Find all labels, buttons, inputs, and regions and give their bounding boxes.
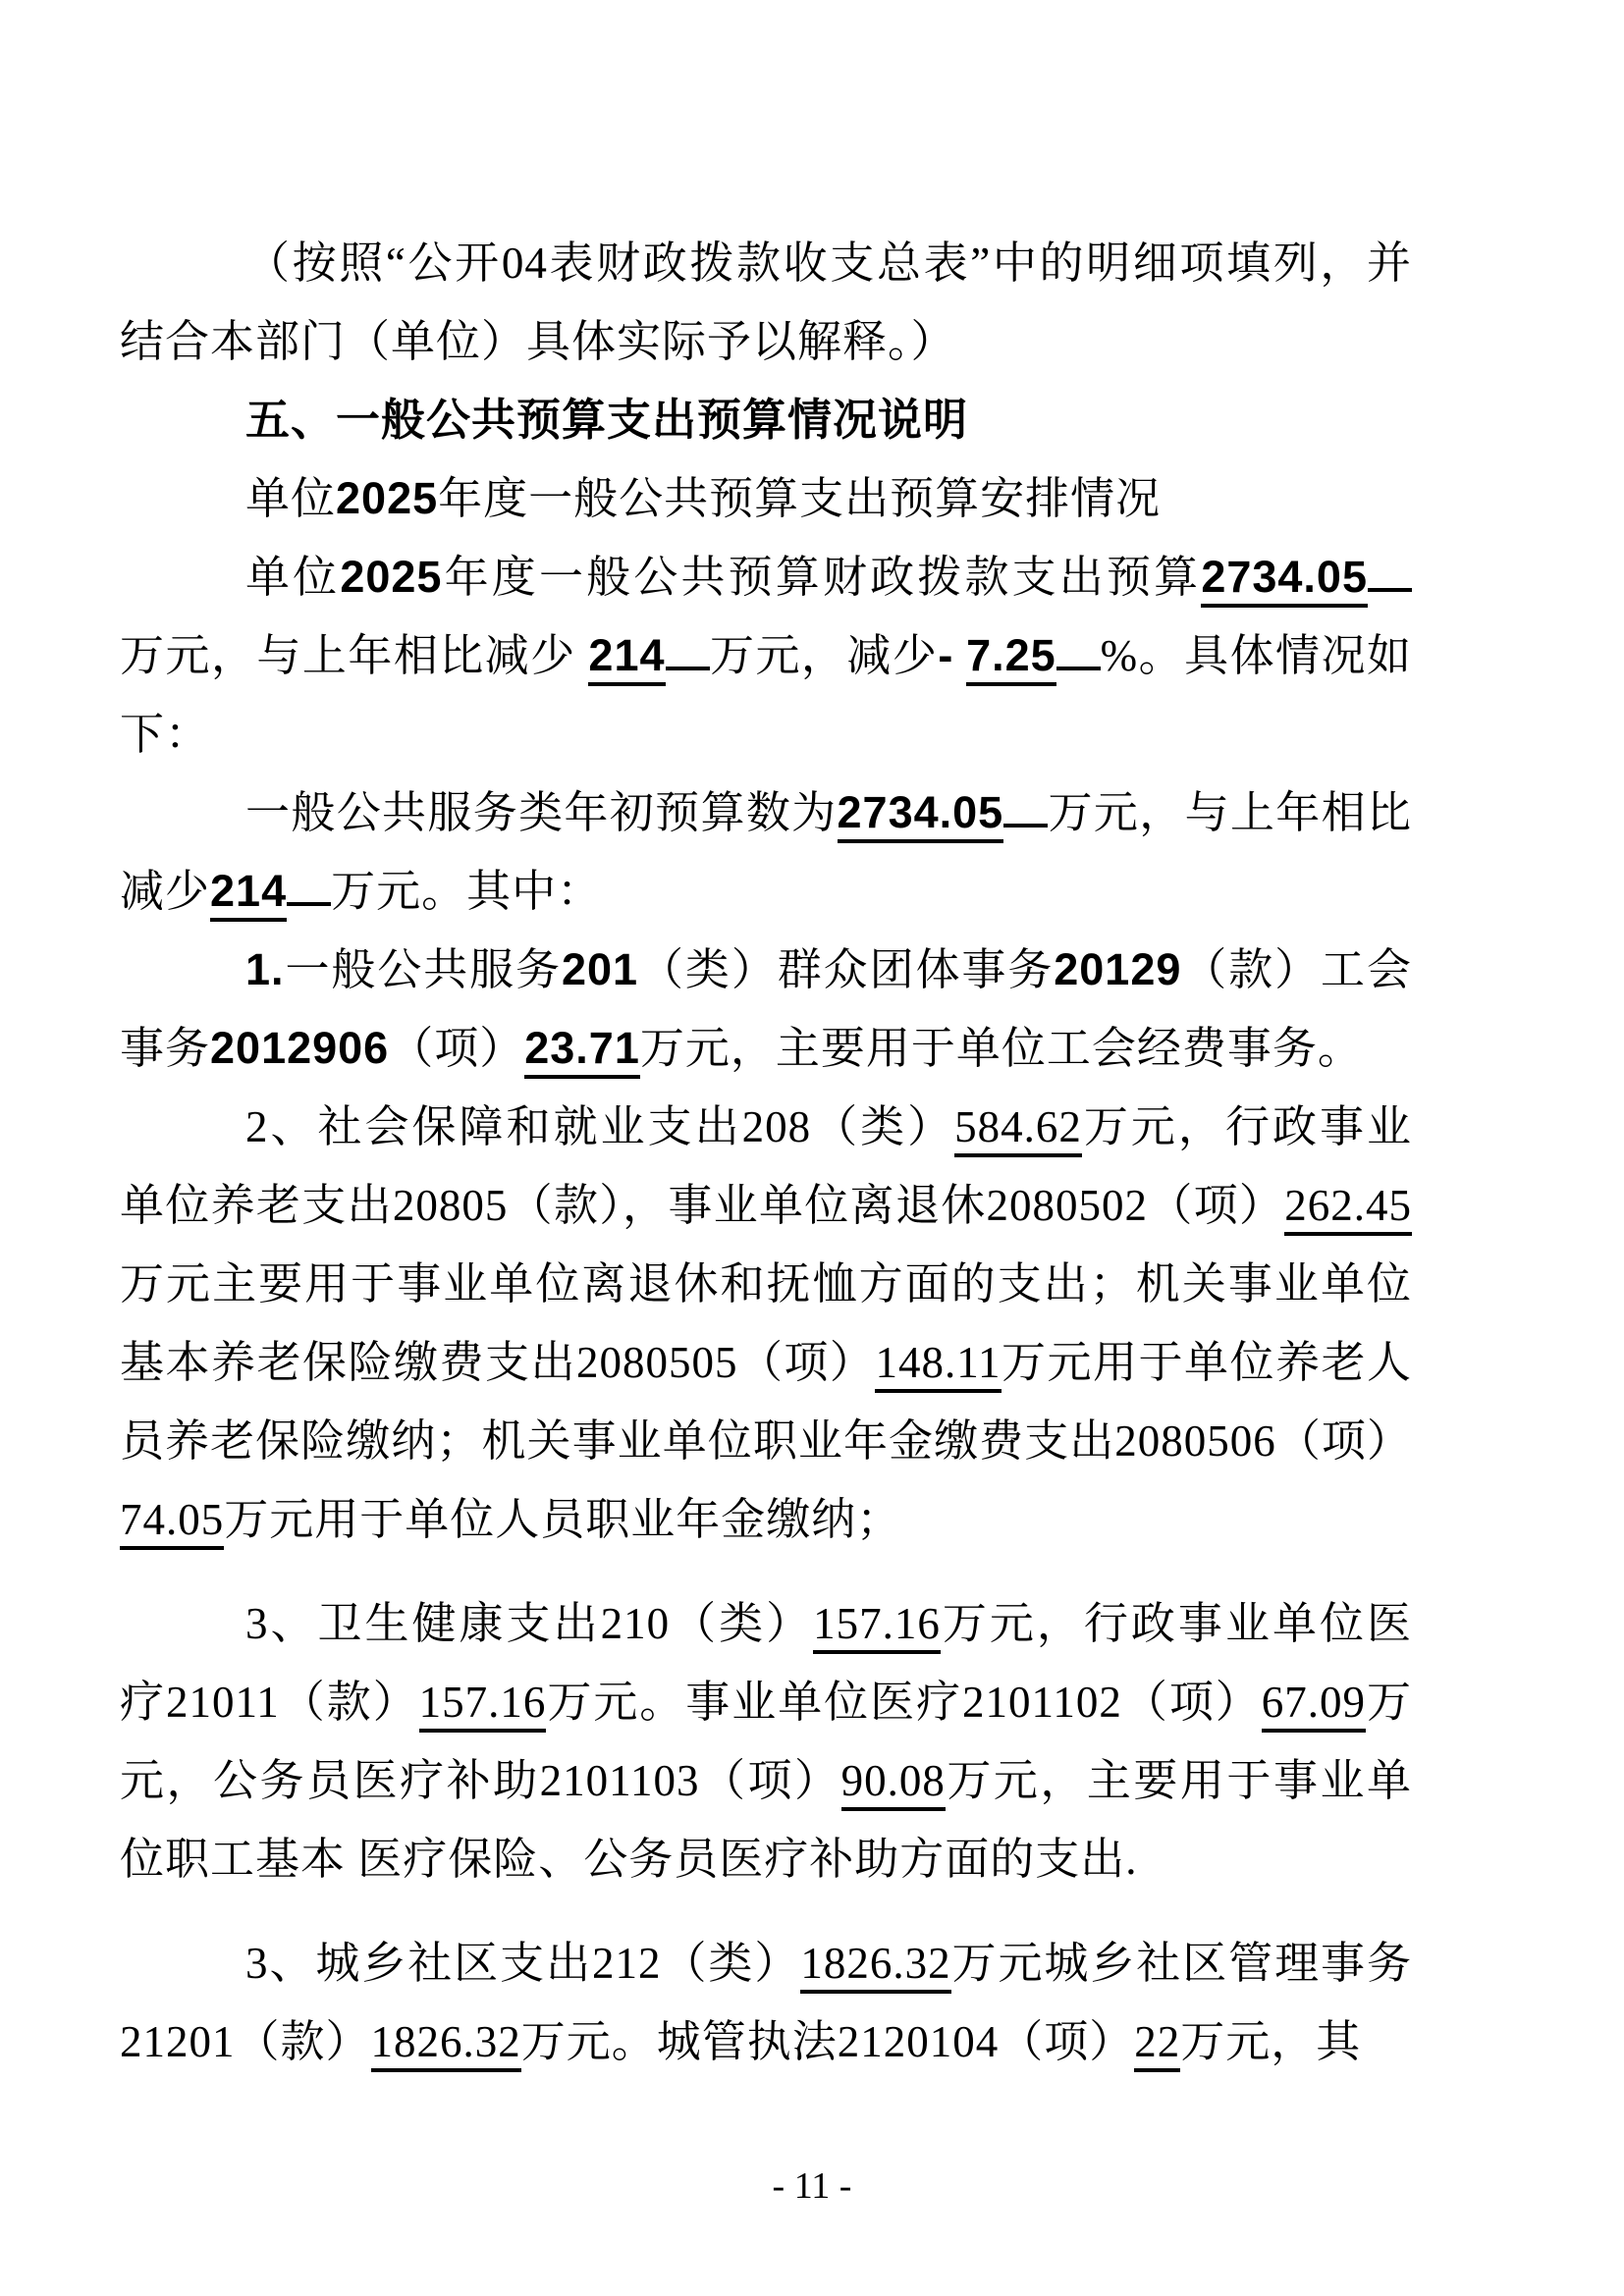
- text-run: -: [938, 630, 953, 680]
- text-run: 67.09: [1262, 1678, 1366, 1733]
- paragraph-item-2-social-security: 2、社会保障和就业支出208（类）584.62万元，行政事业单位养老支出2080…: [120, 1088, 1412, 1559]
- document-page: （按照“公开04表财政拨款收支总表”中的明细项填列，并结合本部门（单位）具体实际…: [0, 0, 1624, 2296]
- text-run: 一般公共服务类年初预算数为: [245, 788, 838, 837]
- text-run: 23.71: [524, 1023, 640, 1079]
- text-run: 2025: [340, 552, 442, 602]
- paragraph-section-heading: 五、一般公共预算支出预算情况说明: [120, 381, 1412, 459]
- page-footer: - 11 -: [0, 2164, 1624, 2208]
- text-run: 201: [562, 944, 638, 994]
- text-run: 584.62: [954, 1102, 1082, 1157]
- text-run: 3、城乡社区支出212（类）: [245, 1939, 800, 1988]
- text-run: 万元，其: [1180, 2017, 1361, 2066]
- text-run: 万元，主要用于单位工会经费事务。: [640, 1024, 1363, 1073]
- paragraph-item-1-union-affairs: 1.一般公共服务201（类）群众团体事务20129（款）工会事务2012906（…: [120, 931, 1412, 1088]
- paragraph-general-public-service: 一般公共服务类年初预算数为2734.05万元，与上年相比减少214万元。其中：: [120, 774, 1412, 931]
- text-run: 1826.32: [800, 1939, 950, 1994]
- text-run: 20129: [1054, 944, 1181, 994]
- text-run: 1.: [245, 944, 285, 994]
- text-run: 7.25: [966, 630, 1056, 686]
- text-run: 万元用于单位人员职业年金缴纳；: [224, 1495, 901, 1544]
- text-run: 万元，减少: [710, 631, 939, 680]
- text-run: （类）群众团体事务: [638, 945, 1054, 994]
- text-run: 74.05: [120, 1495, 224, 1550]
- text-run: 157.16: [813, 1599, 941, 1654]
- text-run: 2、社会保障和就业支出208（类）: [245, 1102, 954, 1151]
- text-run: 万元。事业单位医疗2101102（项）: [546, 1678, 1261, 1727]
- text-run: （项）: [389, 1024, 524, 1073]
- paragraph-item-3-urban-rural-community: 3、城乡社区支出212（类）1826.32万元城乡社区管理事务21201（款）1…: [120, 1924, 1412, 2081]
- paragraph-item-3-health: 3、卫生健康支出210（类）157.16万元，行政事业单位医疗21011（款）1…: [120, 1584, 1412, 1898]
- text-run: 2012906: [210, 1023, 389, 1073]
- text-run: 22: [1134, 2017, 1180, 2072]
- text-run: 2734.05: [838, 787, 1004, 843]
- document-body: （按照“公开04表财政拨款收支总表”中的明细项填列，并结合本部门（单位）具体实际…: [120, 224, 1412, 2081]
- text-run: 单位: [245, 553, 340, 602]
- text-run: [1056, 665, 1101, 670]
- text-run: 262.45: [1284, 1181, 1412, 1236]
- text-run: [1003, 822, 1048, 828]
- paragraph-total-budget: 单位2025年度一般公共预算财政拨款支出预算2734.05万元，与上年相比减少 …: [120, 538, 1412, 774]
- text-run: 1826.32: [371, 2017, 521, 2072]
- text-run: [287, 900, 331, 906]
- text-run: [666, 665, 710, 670]
- text-run: 年度一般公共预算财政拨款支出预算: [442, 553, 1201, 602]
- paragraph-note: （按照“公开04表财政拨款收支总表”中的明细项填列，并结合本部门（单位）具体实际…: [120, 224, 1412, 381]
- text-run: [1368, 586, 1412, 592]
- text-run: 单位: [245, 474, 336, 523]
- text-run: 五、一般公共预算支出预算情况说明: [245, 395, 968, 445]
- page-number: - 11 -: [773, 2165, 852, 2207]
- text-run: 157.16: [419, 1678, 547, 1733]
- paragraph-arrangement: 单位2025年度一般公共预算支出预算安排情况: [120, 459, 1412, 538]
- text-run: [953, 631, 966, 680]
- text-run: 214: [210, 866, 287, 922]
- text-run: 年度一般公共预算支出预算安排情况: [438, 474, 1161, 523]
- text-run: 2734.05: [1201, 552, 1368, 608]
- text-run: 万元。城管执法2120104（项）: [521, 2017, 1135, 2066]
- text-run: （按照“公开04表财政拨款收支总表”中的明细项填列，并结合本部门（单位）具体实际…: [120, 239, 1412, 366]
- text-run: 万元。其中：: [331, 867, 602, 916]
- text-run: 万元，与上年相比减少: [120, 631, 588, 680]
- text-run: 一般公共服务: [285, 945, 562, 994]
- text-run: 214: [588, 630, 665, 686]
- text-run: 3、卫生健康支出210（类）: [245, 1599, 813, 1648]
- text-run: 148.11: [875, 1338, 1001, 1393]
- text-run: 2025: [336, 473, 438, 523]
- text-run: 90.08: [841, 1756, 946, 1811]
